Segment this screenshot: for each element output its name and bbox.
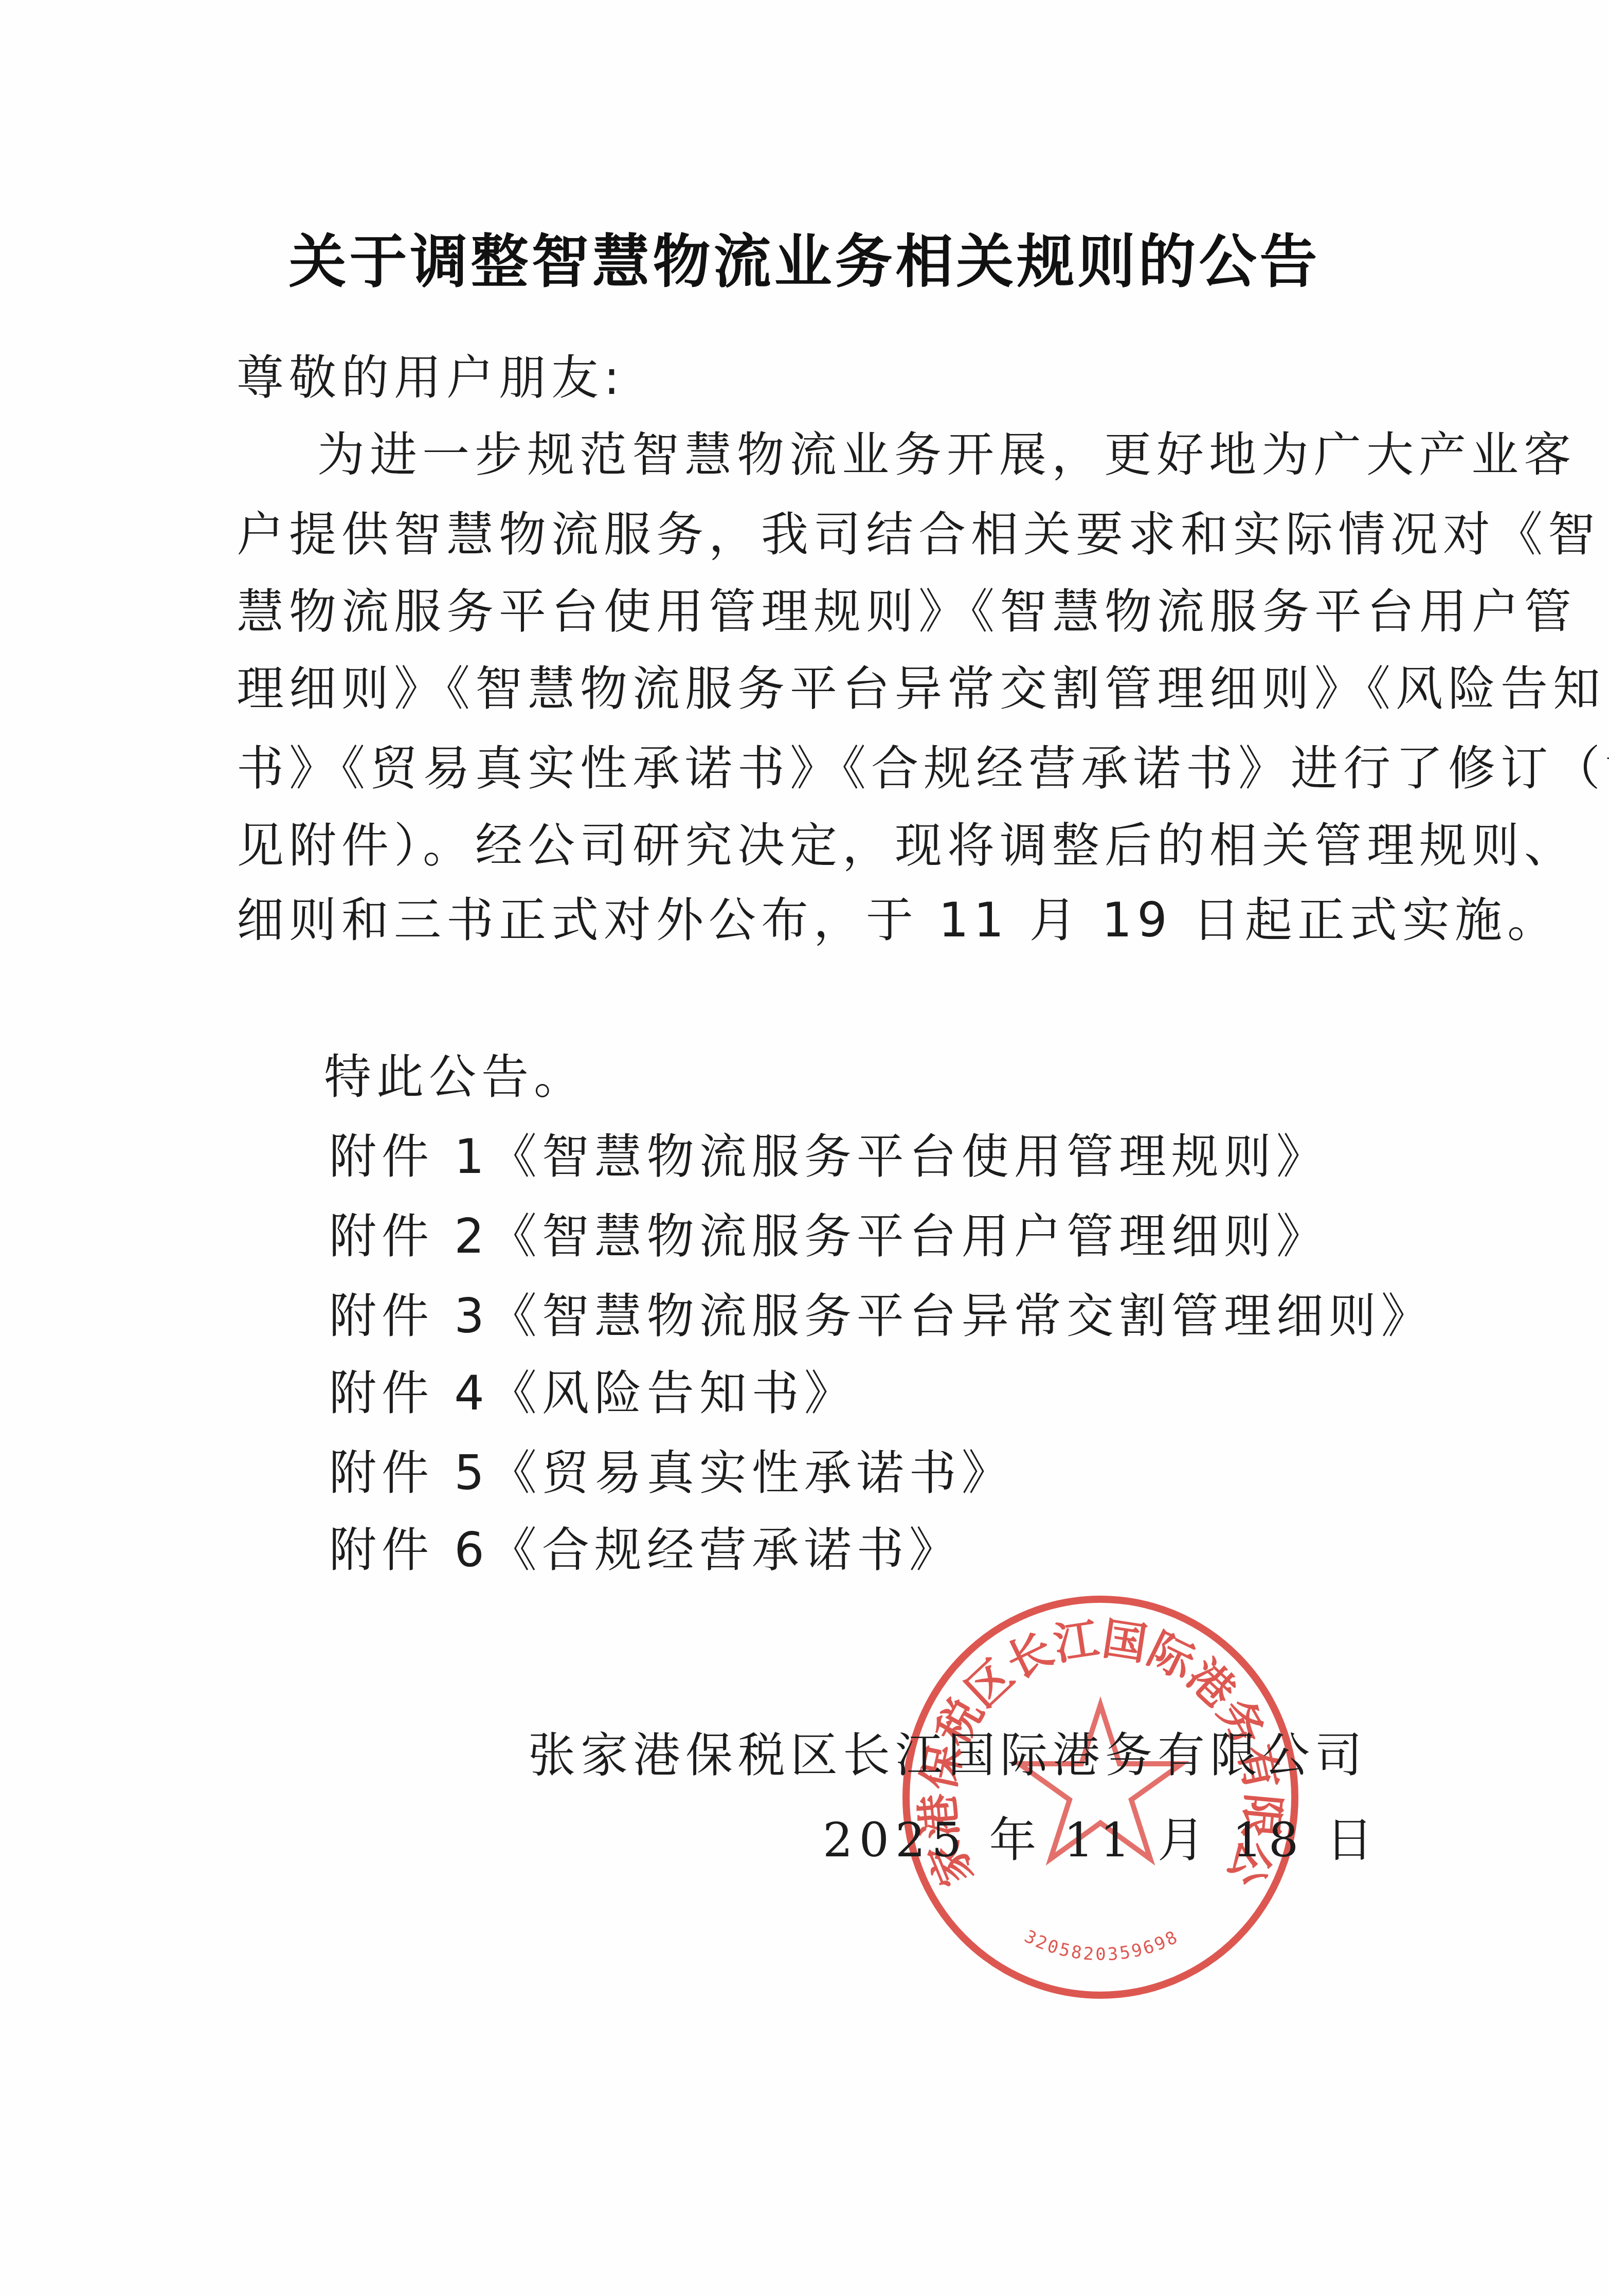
attachment-name: 《智慧物流服务平台异常交割管理细则》 bbox=[490, 1289, 1434, 1344]
attachment-item: 附件 1《智慧物流服务平台使用管理规则》 bbox=[329, 1129, 1329, 1185]
attachment-label: 附件 6 bbox=[329, 1523, 490, 1578]
attachment-label: 附件 3 bbox=[329, 1289, 490, 1344]
signature-company: 张家港保税区长江国际港务有限公司 bbox=[528, 1718, 1367, 1785]
document-page: 关于调整智慧物流业务相关规则的公告 尊敬的用户朋友: 为进一步规范智慧物流业务开… bbox=[0, 0, 1609, 2296]
salutation: 尊敬的用户朋友: bbox=[237, 350, 625, 406]
body-line: 户提供智慧物流服务，我司结合相关要求和实际情况对《智 bbox=[237, 507, 1388, 563]
body-line: 理细则》《智慧物流服务平台异常交割管理细则》《风险告知 bbox=[237, 661, 1388, 717]
signature-date: 2025 年 11 月 18 日 bbox=[823, 1802, 1380, 1870]
body-line: 慧物流服务平台使用管理规则》《智慧物流服务平台用户管 bbox=[237, 584, 1388, 640]
attachment-name: 《智慧物流服务平台用户管理细则》 bbox=[490, 1209, 1329, 1264]
attachment-item: 附件 4《风险告知书》 bbox=[329, 1365, 857, 1422]
attachment-item: 附件 3《智慧物流服务平台异常交割管理细则》 bbox=[329, 1288, 1434, 1345]
attachment-name: 《合规经营承诺书》 bbox=[490, 1523, 962, 1578]
closing-statement: 特此公告。 bbox=[324, 1049, 586, 1106]
attachment-item: 附件 5《贸易真实性承诺书》 bbox=[329, 1445, 1014, 1502]
attachment-label: 附件 5 bbox=[329, 1445, 490, 1500]
company-seal-icon: 张家港保税区长江国际港务有限公司 3205820359698 bbox=[897, 1594, 1304, 2000]
body-line: 见附件）。经公司研究决定，现将调整后的相关管理规则、 bbox=[237, 818, 1388, 874]
attachment-item: 附件 2《智慧物流服务平台用户管理细则》 bbox=[329, 1208, 1329, 1265]
attachment-name: 《智慧物流服务平台使用管理规则》 bbox=[490, 1129, 1329, 1184]
attachment-item: 附件 6《合规经营承诺书》 bbox=[329, 1522, 962, 1579]
body-line: 细则和三书正式对外公布，于 11 月 19 日起正式实施。 bbox=[237, 892, 1388, 949]
body-line: 书》《贸易真实性承诺书》《合规经营承诺书》进行了修订（详 bbox=[237, 740, 1388, 797]
attachment-label: 附件 4 bbox=[329, 1366, 490, 1421]
document-title: 关于调整智慧物流业务相关规则的公告 bbox=[0, 216, 1609, 299]
attachment-label: 附件 1 bbox=[329, 1129, 490, 1184]
seal-code: 3205820359698 bbox=[1021, 1926, 1183, 1965]
body-line: 为进一步规范智慧物流业务开展，更好地为广大产业客 bbox=[237, 427, 1388, 483]
attachment-name: 《风险告知书》 bbox=[490, 1366, 857, 1421]
svg-text:3205820359698: 3205820359698 bbox=[1021, 1926, 1183, 1965]
attachment-name: 《贸易真实性承诺书》 bbox=[490, 1445, 1014, 1500]
attachment-label: 附件 2 bbox=[329, 1209, 490, 1264]
